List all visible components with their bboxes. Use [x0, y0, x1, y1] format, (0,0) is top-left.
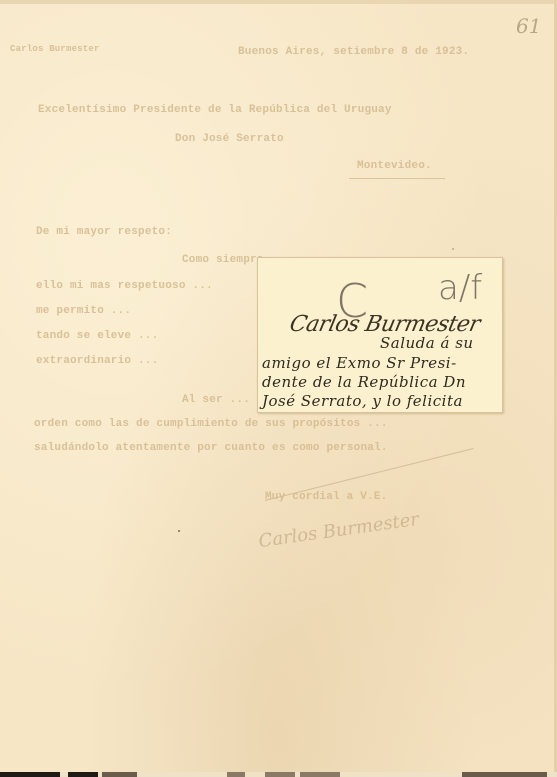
- body-line: tando se eleve ...: [36, 330, 158, 342]
- body-line: me permito ...: [36, 305, 131, 317]
- signature: Carlos Burmester: [257, 509, 420, 552]
- ink-speck: [452, 248, 454, 250]
- addressee-line-3: Montevideo.: [357, 160, 432, 172]
- pencil-annotation-af: a/f: [438, 268, 482, 308]
- paper-top-edge: [0, 0, 557, 4]
- body-line: orden como las de cumplimiento de sus pr…: [34, 418, 388, 430]
- body-line: extraordinario ...: [36, 355, 158, 367]
- card-handwriting-line: Saluda á su: [380, 334, 474, 352]
- card-handwriting-line: dente de la República Dn: [262, 373, 466, 391]
- addressee-line-2: Don José Serrato: [175, 133, 284, 145]
- letterhead-sender: Carlos Burmester: [10, 44, 100, 54]
- addressee-underline: [349, 178, 445, 179]
- body-line: saludándolo atentamente por cuanto es co…: [34, 442, 388, 454]
- salutation: De mi mayor respeto:: [36, 226, 172, 238]
- scan-bottom-edge: [0, 772, 557, 777]
- closing-line: Muy cordial a V.E.: [265, 491, 387, 503]
- addressee-line-1: Excelentísimo Presidente de la República…: [38, 104, 392, 116]
- scanned-letter-page: 61 Carlos Burmester Buenos Aires, setiem…: [0, 0, 557, 777]
- body-line: ello mi mas respetuoso ...: [36, 280, 213, 292]
- visiting-card: C a/f Carlos Burmester Saluda á su amigo…: [257, 257, 503, 413]
- card-handwriting-line: amigo el Exmo Sr Presi-: [262, 354, 457, 372]
- place-date-line: Buenos Aires, setiembre 8 de 1923.: [238, 46, 469, 58]
- card-handwriting-line: José Serrato, y lo felicita: [262, 392, 463, 410]
- ink-speck: [178, 530, 180, 532]
- body-line: Al ser ...: [182, 394, 250, 406]
- folio-number: 61: [516, 14, 541, 38]
